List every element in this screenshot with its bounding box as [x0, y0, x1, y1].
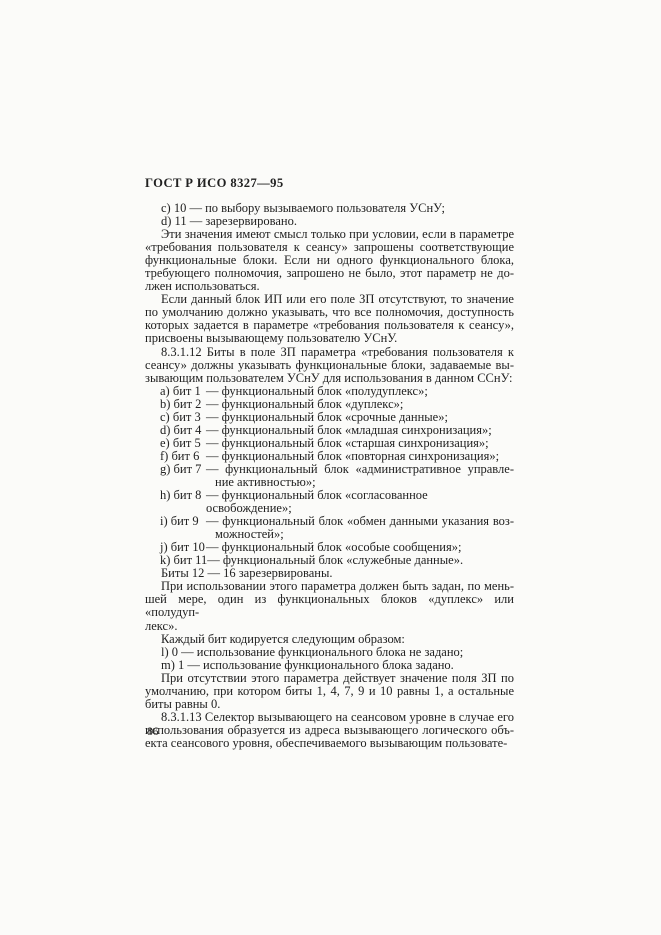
- text-line: присвоены вызывающему пользователю УСнУ.: [145, 332, 514, 345]
- text-line: шей мере, один из функциональных блоков …: [145, 593, 514, 619]
- list-text: — функциональный блок «дуплекс»;: [206, 398, 514, 411]
- list-text: — функциональный блок «срочные данные»;: [206, 411, 514, 424]
- text-line: d) бит 4— функциональный блок «младшая с…: [145, 424, 514, 437]
- text-line: лекс».: [145, 620, 514, 633]
- list-marker: h) бит 8: [160, 489, 206, 515]
- text-line: использования образуется из адреса вызыв…: [145, 724, 514, 737]
- text-line: b) бит 2— функциональный блок «дуплекс»;: [145, 398, 514, 411]
- text-line: 8.3.1.13 Селектор вызывающего на сеансов…: [145, 711, 514, 724]
- text-line: h) бит 8— функциональный блок «согласова…: [145, 489, 514, 515]
- text-line: екта сеансового уровня, обеспечиваемого …: [145, 737, 514, 750]
- list-marker: g) бит 7: [160, 463, 206, 476]
- list-marker: b) бит 2: [160, 398, 206, 411]
- list-marker: e) бит 5: [160, 437, 206, 450]
- text-line: При отсутствии этого параметра действует…: [145, 672, 514, 685]
- list-marker: d) бит 4: [160, 424, 206, 437]
- text-line: a) бит 1— функциональный блок «полудупле…: [145, 385, 514, 398]
- text-line: 8.3.1.12 Биты в поле ЗП параметра «требо…: [145, 346, 514, 359]
- text-line: биты равны 0.: [145, 698, 514, 711]
- scanned-page: ГОСТ Р ИСО 8327—95 c) 10 — по выбору выз…: [0, 0, 661, 935]
- text-line: сеансу» должны указывать функциональные …: [145, 359, 514, 372]
- text-line: i) бит 9— функциональный блок «обмен дан…: [145, 515, 514, 528]
- list-text: — функциональный блок «повторная синхрон…: [206, 450, 514, 463]
- list-marker: c) бит 3: [160, 411, 206, 424]
- list-marker: a) бит 1: [160, 385, 206, 398]
- page-number: 86: [147, 726, 159, 738]
- text-line: Каждый бит кодируется следующим образом:: [145, 633, 514, 646]
- list-text: — функциональный блок «полудуплекс»;: [206, 385, 514, 398]
- text-line: умолчанию, при котором биты 1, 4, 7, 9 и…: [145, 685, 514, 698]
- text-line: m) 1 — использование функционального бло…: [145, 659, 514, 672]
- list-text: — функциональный блок «согласованное осв…: [206, 489, 514, 515]
- list-marker: i) бит 9: [160, 515, 206, 528]
- text-line: g) бит 7— функциональный блок «администр…: [145, 463, 514, 476]
- list-marker: f) бит 6: [160, 450, 206, 463]
- list-text: — функциональный блок «младшая синхрониз…: [206, 424, 514, 437]
- text-line: зывающим пользователем УСнУ для использо…: [145, 372, 514, 385]
- running-header: ГОСТ Р ИСО 8327—95: [145, 176, 284, 191]
- text-line: l) 0 — использование функционального бло…: [145, 646, 514, 659]
- text-line: c) бит 3— функциональный блок «срочные д…: [145, 411, 514, 424]
- text-line: f) бит 6— функциональный блок «повторная…: [145, 450, 514, 463]
- document-body-text: c) 10 — по выбору вызываемого пользовате…: [145, 202, 514, 750]
- text-line: e) бит 5— функциональный блок «старшая с…: [145, 437, 514, 450]
- list-text: — функциональный блок «старшая синхрониз…: [206, 437, 514, 450]
